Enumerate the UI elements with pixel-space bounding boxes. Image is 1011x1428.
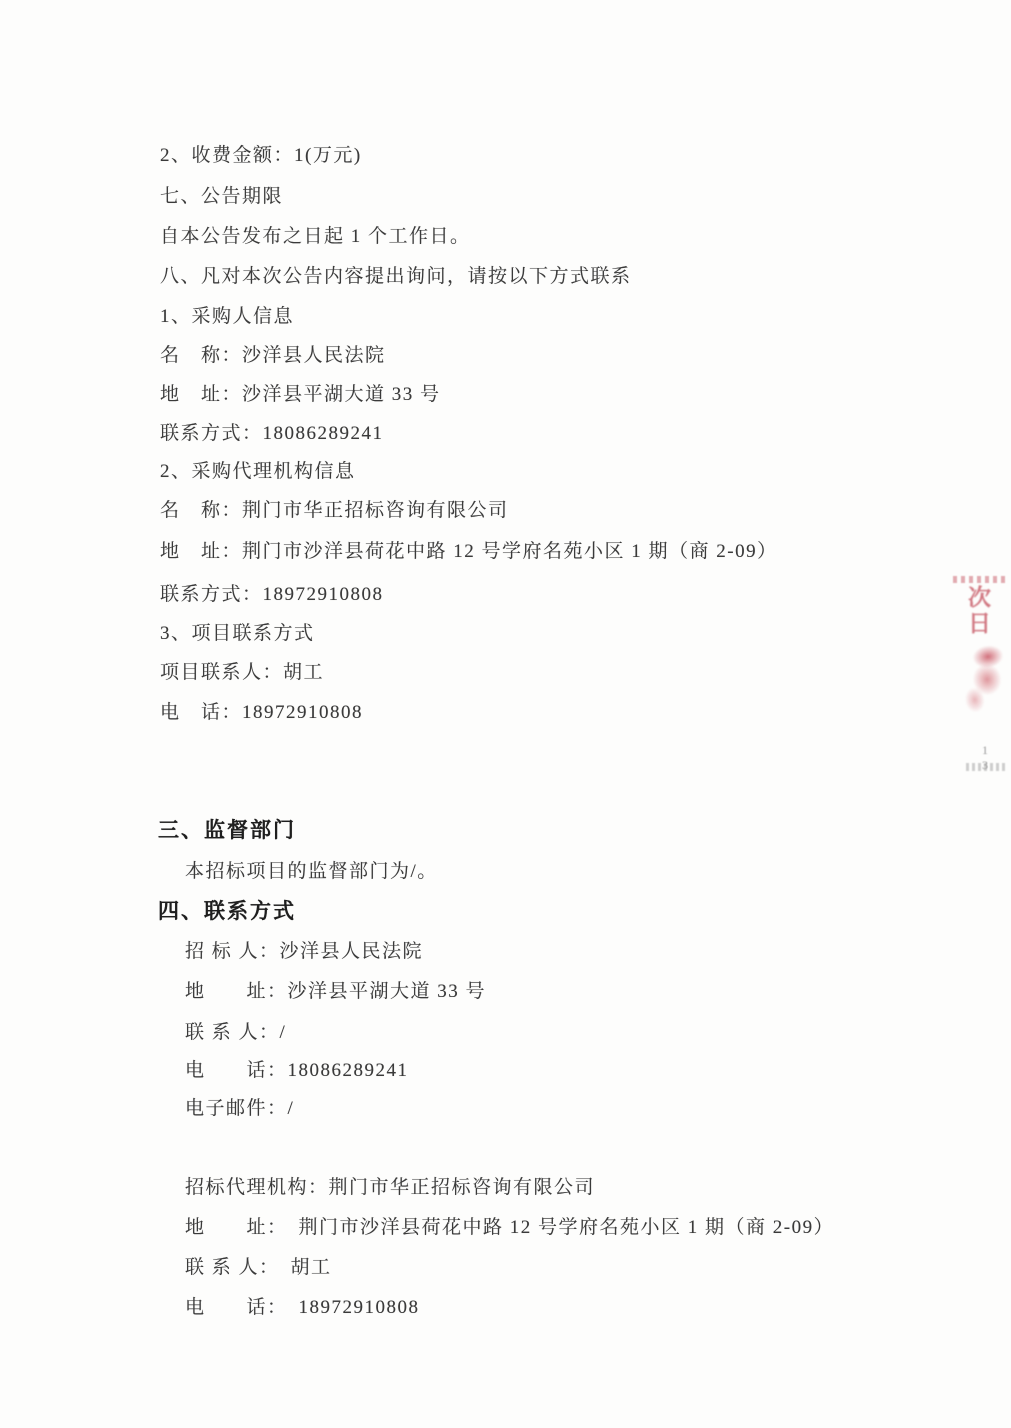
stamp-blob	[952, 643, 1011, 715]
line-agent-phone: 电 话： 18972910808	[185, 1297, 420, 1320]
line-agent-contact-person: 联 系 人： 胡工	[185, 1257, 332, 1280]
heading-supervision-department: 三、监督部门	[158, 818, 296, 843]
line-tenderer-phone: 电 话：18086289241	[185, 1060, 409, 1083]
line-section8-heading: 八、凡对本次公告内容提出询问，请按以下方式联系	[160, 266, 632, 289]
line-agency-contact: 联系方式：18972910808	[160, 584, 384, 607]
line-purchaser-contact: 联系方式：18086289241	[160, 423, 384, 446]
line-project-phone: 电 话：18972910808	[160, 702, 363, 725]
stamp-edge-dashes	[953, 576, 1009, 583]
document-page: 2、收费金额：1(万元) 七、公告期限 自本公告发布之日起 1 个工作日。 八、…	[0, 0, 1011, 1428]
line-agent-name: 招标代理机构：荆门市华正招标咨询有限公司	[185, 1177, 595, 1200]
line-tenderer-email: 电子邮件：/	[185, 1098, 294, 1121]
line-tenderer-name: 招 标 人：沙洋县人民法院	[185, 941, 423, 964]
line-project-contact-heading: 3、项目联系方式	[160, 623, 315, 646]
line-project-contact-person: 项目联系人：胡工	[160, 662, 324, 685]
line-agent-address: 地 址： 荆门市沙洋县荷花中路 12 号学府名苑小区 1 期（商 2-09）	[185, 1217, 834, 1240]
line-supervision-text: 本招标项目的监督部门为/。	[185, 861, 438, 884]
line-section7-heading: 七、公告期限	[160, 186, 283, 209]
line-agency-name: 名 称：荆门市华正招标咨询有限公司	[160, 500, 509, 523]
line-purchaser-address: 地 址：沙洋县平湖大道 33 号	[160, 384, 441, 407]
line-agency-address: 地 址：荆门市沙洋县荷花中路 12 号学府名苑小区 1 期（商 2-09）	[160, 541, 778, 564]
line-purchaser-name: 名 称：沙洋县人民法院	[160, 345, 386, 368]
line-purchaser-info-heading: 1、采购人信息	[160, 306, 294, 329]
line-agency-info-heading: 2、采购代理机构信息	[160, 461, 356, 484]
heading-contact-method: 四、联系方式	[158, 899, 296, 924]
line-fee-amount: 2、收费金额：1(万元)	[160, 145, 362, 168]
line-tenderer-contact-person: 联 系 人：/	[185, 1022, 286, 1045]
line-tenderer-address: 地 址：沙洋县平湖大道 33 号	[185, 981, 486, 1004]
stamp-fragment-text: 次日	[961, 585, 994, 647]
line-announcement-period: 自本公告发布之日起 1 个工作日。	[160, 226, 471, 249]
stamp-gray-smudge	[966, 763, 1008, 771]
